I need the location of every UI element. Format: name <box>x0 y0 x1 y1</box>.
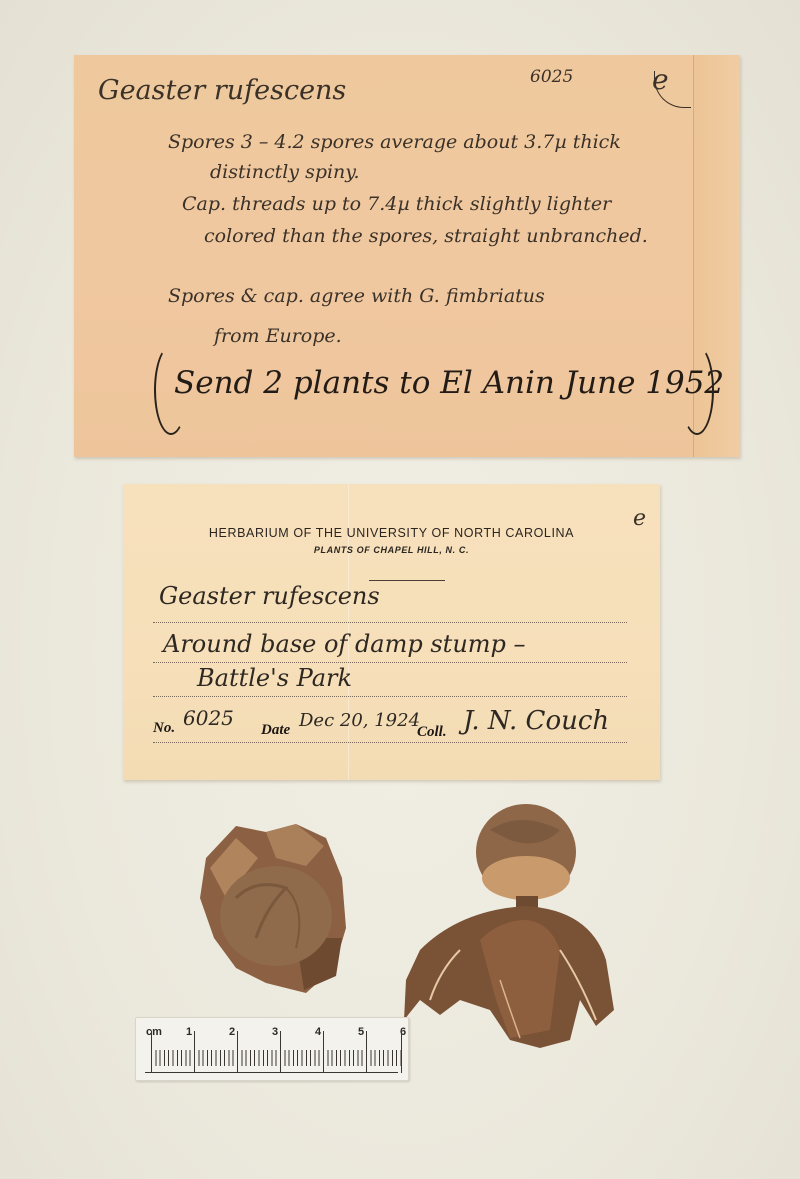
herbarium-label: HERBARIUM OF THE UNIVERSITY OF NORTH CAR… <box>123 484 660 780</box>
scale-ruler: cm 1 2 3 4 5 6 <box>135 1017 409 1081</box>
bottom-line-rule <box>153 742 627 743</box>
number-label: No. <box>153 720 175 737</box>
label-species-name: Geaster rufescens <box>159 582 380 610</box>
date-value: Dec 20, 1924 <box>299 710 420 731</box>
envelope-note-4: colored than the spores, straight unbran… <box>204 225 648 247</box>
institution-heading: HERBARIUM OF THE UNIVERSITY OF NORTH CAR… <box>123 526 660 540</box>
major-tick-0 <box>151 1031 152 1073</box>
species-line <box>153 622 627 623</box>
envelope-specimen-number: 6025 <box>530 67 573 87</box>
envelope-note-6: from Europe. <box>214 325 342 347</box>
habitat-line-1: Around base of damp stump – <box>163 630 526 658</box>
collector-label: Coll. <box>417 724 447 741</box>
envelope-instruction: Send 2 plants to El Anin June 1952 <box>174 365 724 401</box>
label-subtitle: PLANTS OF CHAPEL HILL, N. C. <box>123 545 660 555</box>
major-tick-6 <box>401 1031 402 1073</box>
envelope-species-name: Geaster rufescens <box>98 75 346 106</box>
envelope-note-5: Spores & cap. agree with G. fimbriatus <box>168 285 545 307</box>
habitat-line-rule-1 <box>153 662 627 663</box>
habitat-line-rule-2 <box>153 696 627 697</box>
specimen-right-earthstar <box>400 800 616 1050</box>
label-corner-mark: e <box>633 506 646 531</box>
major-tick-4 <box>323 1031 324 1073</box>
major-tick-3 <box>280 1031 281 1073</box>
specimen-envelope: Geaster rufescens 6025 e Spores 3 – 4.2 … <box>74 55 740 457</box>
number-value: 6025 <box>183 706 234 730</box>
heading-rule <box>369 580 445 581</box>
habitat-line-2: Battle's Park <box>197 664 352 692</box>
date-label: Date <box>261 722 290 739</box>
ruler-ticks <box>136 1018 408 1080</box>
major-tick-2 <box>237 1031 238 1073</box>
corner-mark-curve <box>654 71 691 108</box>
right-parenthesis <box>680 345 714 435</box>
envelope-note-2: distinctly spiny. <box>210 161 360 183</box>
envelope-note-1: Spores 3 – 4.2 spores average about 3.7µ… <box>168 131 621 153</box>
envelope-note-3: Cap. threads up to 7.4µ thick slightly l… <box>182 193 611 215</box>
major-tick-1 <box>194 1031 195 1073</box>
major-tick-5 <box>366 1031 367 1073</box>
specimen-left-earthstar <box>196 818 354 998</box>
collector-value: J. N. Couch <box>463 706 609 736</box>
